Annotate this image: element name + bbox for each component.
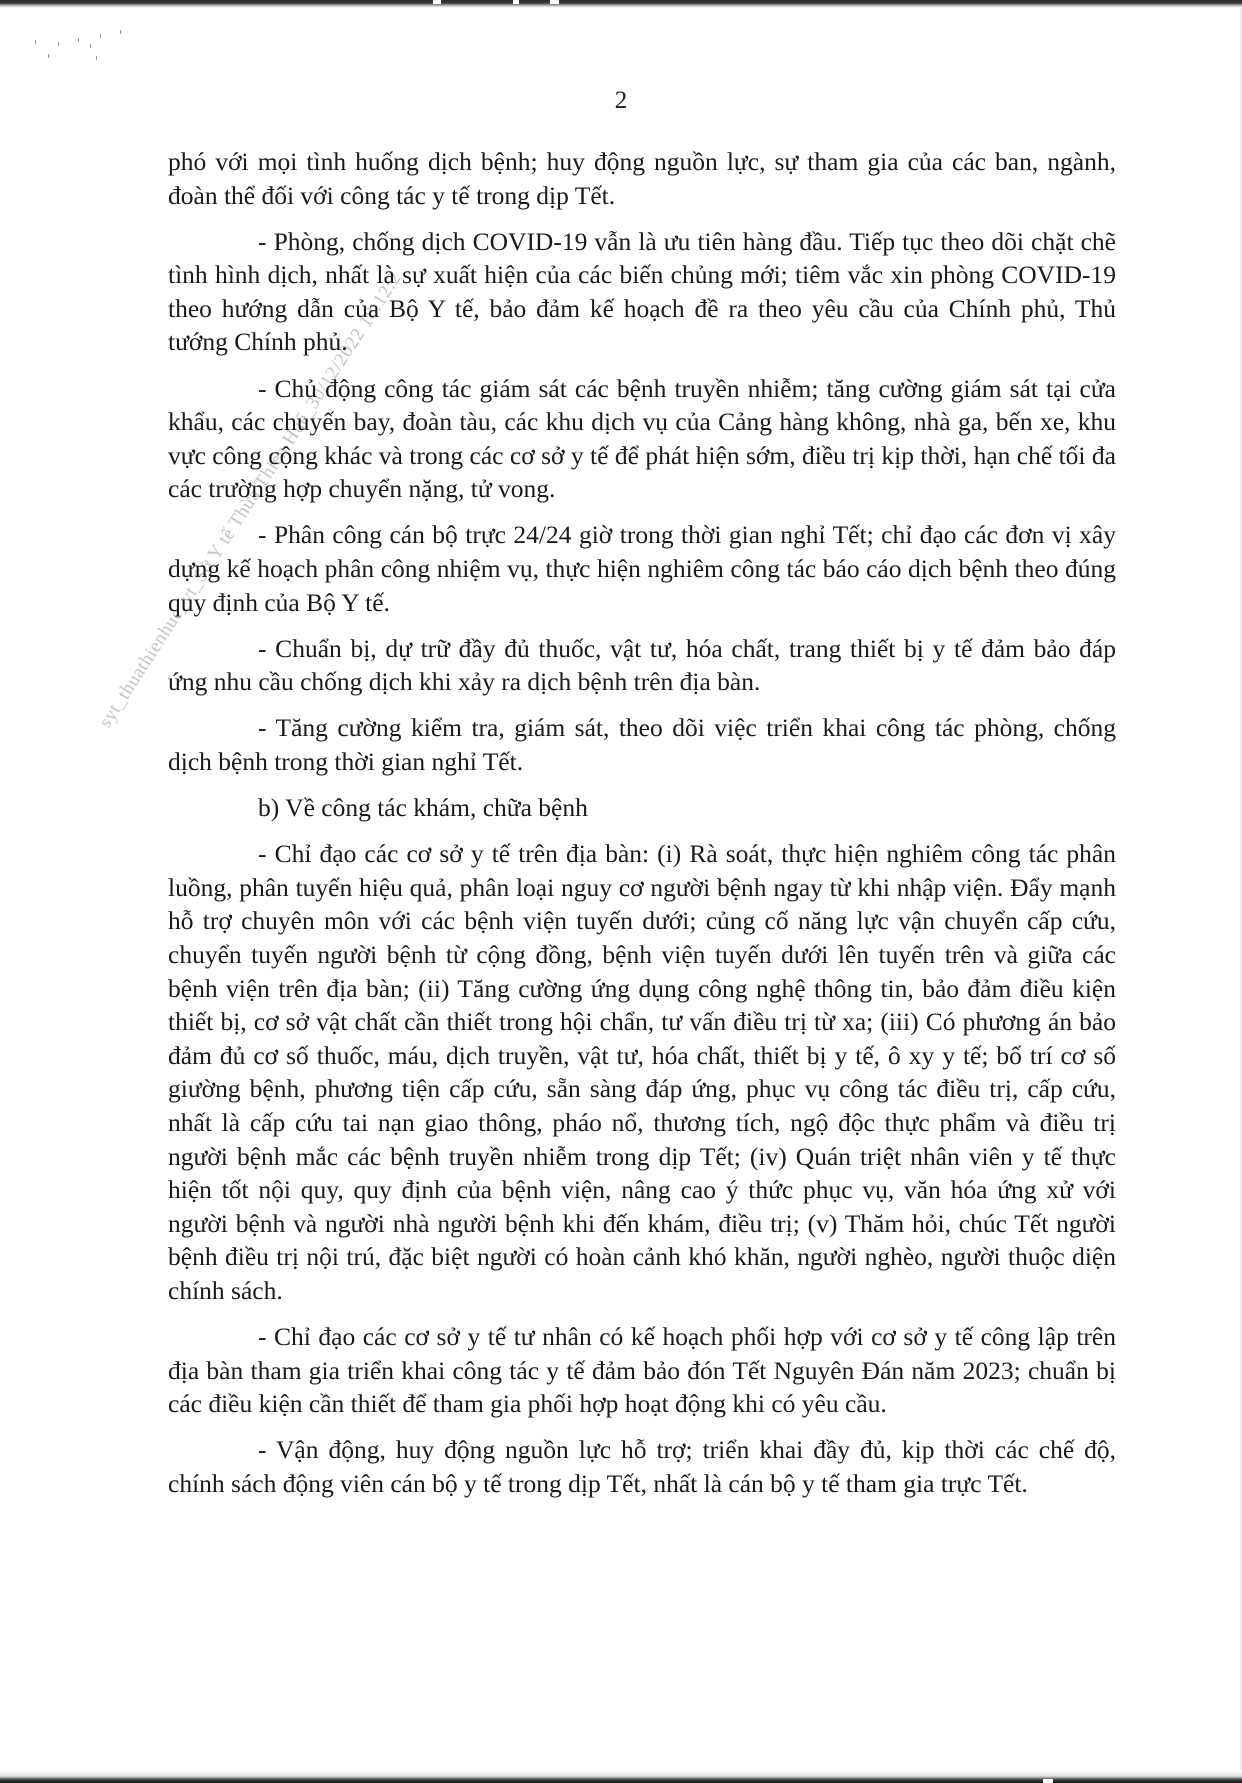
bullet-paragraph-covid-priority: - Phòng, chống dịch COVID-19 vẫn là ưu t… xyxy=(168,225,1116,359)
document-body: phó với mọi tình huống dịch bệnh; huy độ… xyxy=(168,145,1116,1513)
scan-border-bottom xyxy=(0,1770,1242,1783)
bullet-paragraph-private-facilities: - Chỉ đạo các cơ sở y tế tư nhân có kế h… xyxy=(168,1320,1116,1421)
scan-gap xyxy=(513,0,519,4)
page-number: 2 xyxy=(0,86,1242,116)
section-subheading: b) Về công tác khám, chữa bệnh xyxy=(168,791,1116,825)
bullet-paragraph-surveillance: - Chủ động công tác giám sát các bệnh tr… xyxy=(168,372,1116,506)
scan-gap xyxy=(1043,1779,1053,1783)
scan-noise xyxy=(30,30,140,80)
bullet-paragraph-inspection: - Tăng cường kiểm tra, giám sát, theo dõ… xyxy=(168,711,1116,778)
scan-gap xyxy=(433,0,441,4)
bullet-paragraph-medical-facilities: - Chỉ đạo các cơ sở y tế trên địa bàn: (… xyxy=(168,837,1116,1307)
scan-border-top xyxy=(0,0,1242,8)
bullet-paragraph-duty-assignment: - Phân công cán bộ trực 24/24 giờ trong … xyxy=(168,518,1116,619)
bullet-paragraph-resources: - Vận động, huy động nguồn lực hỗ trợ; t… xyxy=(168,1433,1116,1500)
bullet-paragraph-supplies: - Chuẩn bị, dự trữ đầy đủ thuốc, vật tư,… xyxy=(168,632,1116,699)
scan-gap xyxy=(550,0,559,4)
paragraph-continuation: phó với mọi tình huống dịch bệnh; huy độ… xyxy=(168,145,1116,212)
